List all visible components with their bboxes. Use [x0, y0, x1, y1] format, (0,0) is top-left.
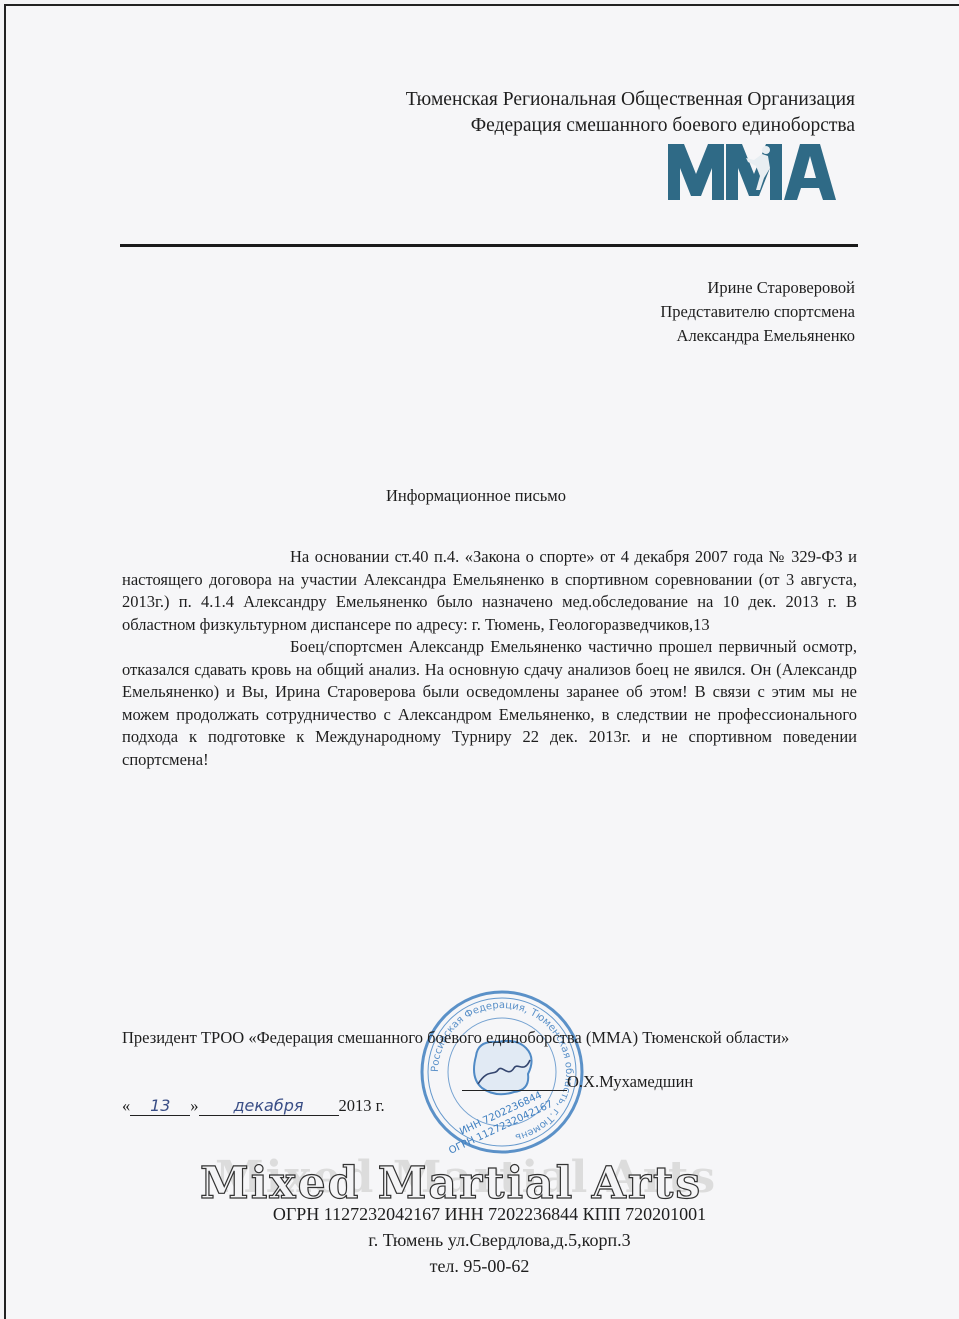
recipient-role: Представителю спортсмена: [660, 300, 855, 324]
signature-line: [462, 1090, 567, 1091]
date-year: 2013 г.: [339, 1096, 385, 1115]
footer-address: г. Тюмень ул.Свердлова,д.5,корп.3: [20, 1230, 959, 1251]
recipient-athlete: Александра Емельяненко: [660, 324, 855, 348]
org-name-line2: Федерация смешанного боевого единоборств…: [471, 114, 855, 138]
body-paragraph-1: На основании ст.40 п.4. «Закона о спорте…: [122, 546, 857, 636]
footer-registry: ОГРН 1127232042167 ИНН 7202236844 КПП 72…: [0, 1204, 959, 1225]
recipient-block: Ирине Староверовой Представителю спортсм…: [660, 276, 855, 348]
org-name-line1: Тюменская Региональная Общественная Орга…: [406, 88, 855, 112]
body-paragraph-2: Боец/спортсмен Александр Емельяненко час…: [122, 636, 857, 771]
footer-phone: тел. 95-00-62: [0, 1256, 959, 1277]
official-stamp: Российская Федерация, Тюменская область,…: [418, 988, 586, 1156]
header-divider: [120, 244, 858, 247]
recipient-name: Ирине Староверовой: [660, 276, 855, 300]
mma-logo: [668, 140, 838, 200]
signatory-title: Президент ТРОО «Федерация смешанного бое…: [122, 1027, 822, 1049]
footer-brand: Mixed Martial Arts: [200, 1158, 702, 1209]
signatory-name: О.Х.Мухамедшин: [567, 1072, 693, 1092]
letter-title: Информационное письмо: [96, 486, 856, 506]
date-month: декабря: [199, 1096, 339, 1116]
letter-date: «13»декабря2013 г.: [122, 1096, 385, 1116]
date-day: 13: [130, 1096, 190, 1116]
letter-body: На основании ст.40 п.4. «Закона о спорте…: [122, 546, 857, 771]
